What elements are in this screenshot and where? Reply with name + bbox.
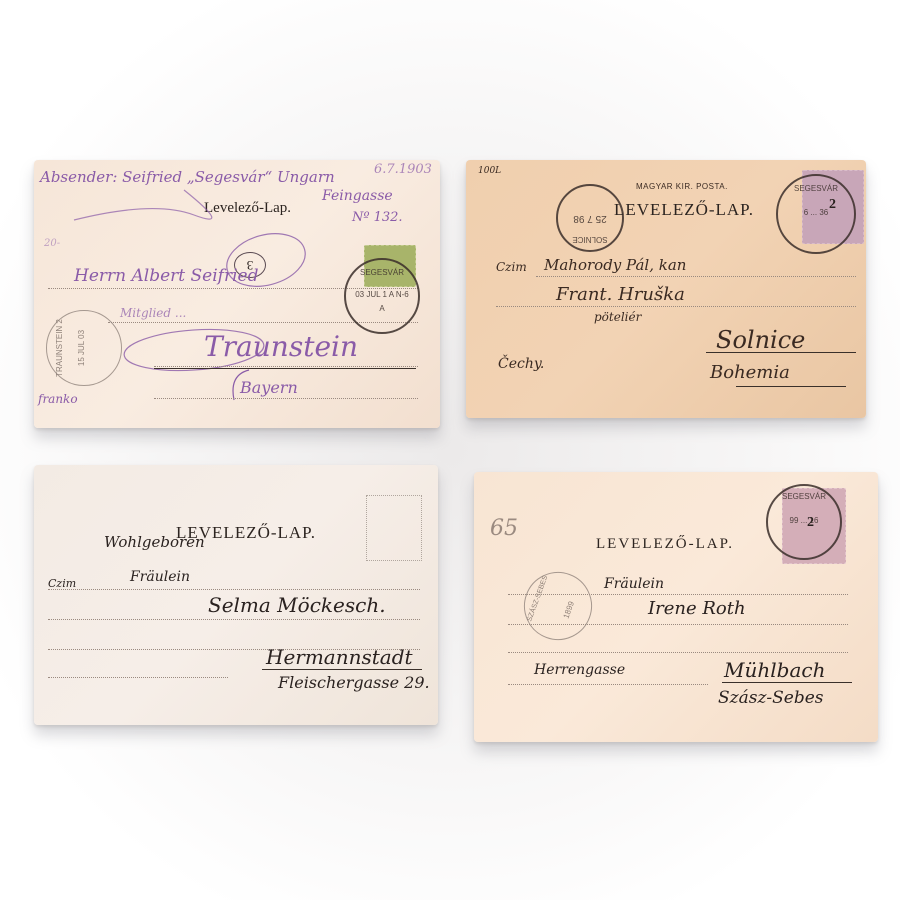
address-label: Czim: [496, 260, 527, 274]
stamp-box: [366, 495, 422, 561]
postmark-origin: SEGESVÁR 6 ... 36: [776, 174, 856, 254]
recipient-line2: Frant. Hruška: [556, 284, 685, 305]
recipient-title: Fräulein: [604, 576, 664, 592]
recipient-line1: Herrn Albert Seifried: [74, 266, 258, 286]
pencil-note: 65: [490, 516, 518, 541]
country-note: Čechy.: [498, 356, 544, 372]
postcard-bottom-left: LEVELEZŐ-LAP. Wohlgeboren Czim Fräulein …: [34, 465, 438, 725]
postmark-arrival: TRAUNSTEIN 2 15 JUL 03: [46, 310, 122, 386]
postmark-origin: SEGESVÁR 03 JUL 1 A N-6 A: [344, 258, 420, 334]
street: Herrengasse: [534, 662, 625, 678]
franking-note: franko: [38, 392, 78, 406]
postmark-arrival: SZÁSZ-SEBES 1899: [514, 562, 601, 649]
city: Hermannstadt: [266, 645, 413, 669]
street: Fleischergasse 29.: [278, 673, 430, 692]
recipient-title: Fräulein: [130, 569, 190, 585]
region: Bohemia: [710, 362, 790, 383]
postcard-top-left: Absender: Seifried „Segesvár“ Ungarn 6.7…: [34, 160, 440, 428]
city: Traunstein: [204, 330, 358, 363]
recipient-name: Irene Roth: [648, 598, 746, 619]
recipient-line1: Mahorody Pál, kan: [544, 256, 686, 274]
recipient-line2: Mitglied ...: [120, 306, 186, 320]
recipient-name: Selma Möckesch.: [208, 593, 386, 617]
recipient-line3: pöteliér: [594, 310, 641, 324]
printed-title: LEVELEZŐ-LAP.: [614, 200, 754, 220]
region: Szász-Sebes: [718, 688, 824, 708]
city: Solnice: [716, 326, 805, 354]
postcard-bottom-right: 65 LEVELEZŐ-LAP. 2 SEGESVÁR 99 ... 16 SZ…: [474, 472, 878, 742]
postmark-arrival: SOLNICE 25 7 98: [556, 184, 624, 252]
postmark-origin: SEGESVÁR 99 ... 16: [766, 484, 842, 560]
corner-note: 100L: [478, 166, 501, 176]
salutation: Wohlgeboren: [104, 533, 205, 551]
city: Mühlbach: [724, 658, 825, 682]
postcard-top-right: 100L MAGYAR KIR. POSTA. LEVELEZŐ-LAP. 2 …: [466, 160, 866, 418]
header: MAGYAR KIR. POSTA.: [636, 182, 728, 191]
printed-title: LEVELEZŐ-LAP.: [596, 536, 734, 553]
region: Bayern: [240, 378, 298, 397]
